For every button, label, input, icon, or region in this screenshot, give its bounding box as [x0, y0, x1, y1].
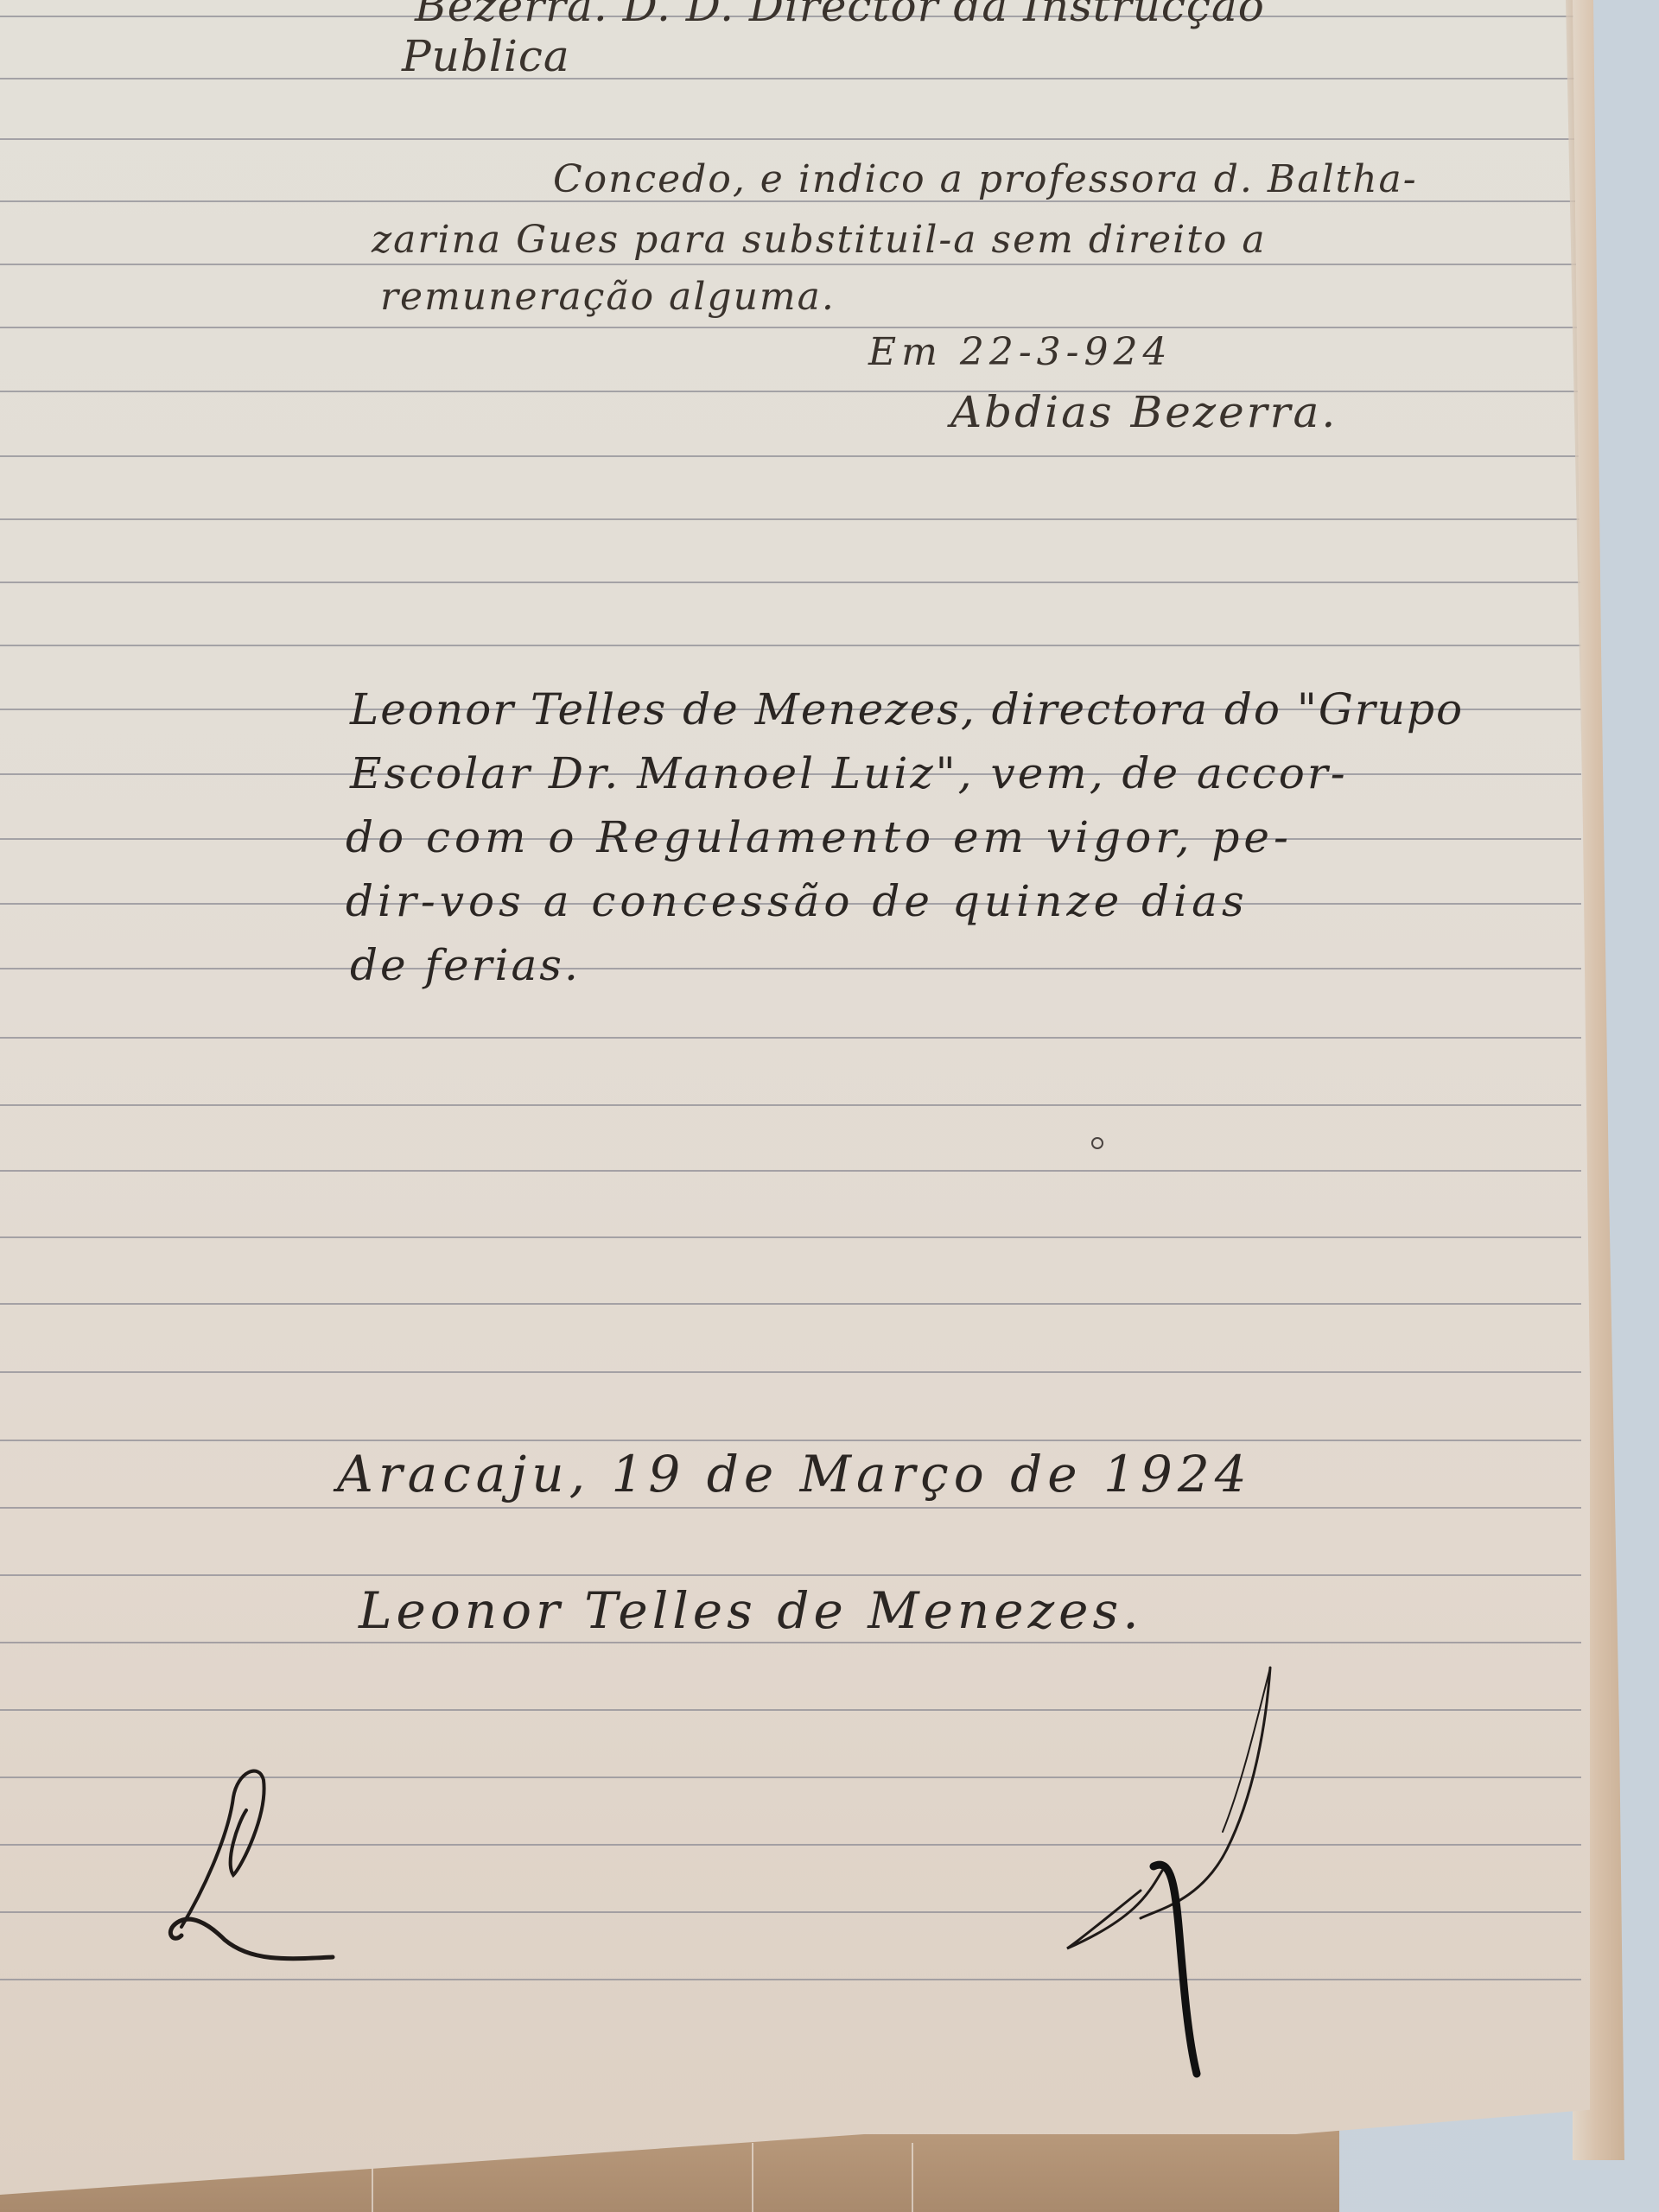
header-line-1: Bezerra. D. D. Director da Instrucção — [415, 0, 1265, 31]
dispatch-line-3: remuneração alguma. — [380, 275, 836, 319]
dispatch-line-1: Concedo, e indico a professora d. Baltha… — [553, 157, 1418, 201]
petition-line-3: do com o Regulamento em vigor, pe- — [346, 812, 1293, 862]
initial-l-mark — [156, 1763, 346, 1970]
rule-line — [0, 1574, 1581, 1576]
notebook-page: Bezerra. D. D. Director da Instrucção Pu… — [0, 0, 1590, 2195]
kraft-fold — [912, 2143, 913, 2212]
rule-line — [0, 1979, 1581, 1980]
rule-line — [0, 391, 1581, 392]
place-and-date: Aracaju, 19 de Março de 1924 — [337, 1445, 1252, 1503]
header-line-2: Publica — [402, 31, 570, 81]
rule-line — [0, 582, 1581, 583]
petition-line-1: Leonor Telles de Menezes, directora do "… — [350, 684, 1464, 734]
rule-line — [0, 327, 1581, 328]
rule-line — [0, 518, 1581, 520]
petition-line-4: dir-vos a concessão de quinze dias — [346, 876, 1249, 926]
dispatch-line-2: zarina Gues para substituil-a sem direit… — [372, 218, 1267, 262]
rule-line — [0, 264, 1581, 265]
dispatch-signature: Abdias Bezerra. — [950, 387, 1338, 437]
rule-line — [0, 1303, 1581, 1305]
petition-line-5: de ferias. — [350, 940, 581, 990]
rule-line — [0, 138, 1581, 140]
kraft-fold — [752, 2143, 753, 2212]
rule-line — [0, 1236, 1581, 1238]
rule-line — [0, 1037, 1581, 1039]
closing-signature: Leonor Telles de Menezes. — [359, 1581, 1143, 1640]
petition-line-2: Escolar Dr. Manoel Luiz", vem, de accor- — [350, 748, 1348, 798]
dispatch-date: Em 22-3-924 — [868, 330, 1173, 374]
rule-line — [0, 1170, 1581, 1172]
ink-dot — [1091, 1137, 1103, 1149]
rule-line — [0, 1709, 1581, 1711]
rule-line — [0, 1642, 1581, 1643]
rule-line — [0, 1104, 1581, 1106]
rule-line — [0, 455, 1581, 457]
rule-line — [0, 1440, 1581, 1441]
rule-line — [0, 78, 1581, 79]
flourish-mark — [1054, 1659, 1279, 2091]
rule-line — [0, 968, 1581, 969]
rule-line — [0, 645, 1581, 646]
rule-line — [0, 1507, 1581, 1509]
rule-line — [0, 1371, 1581, 1373]
